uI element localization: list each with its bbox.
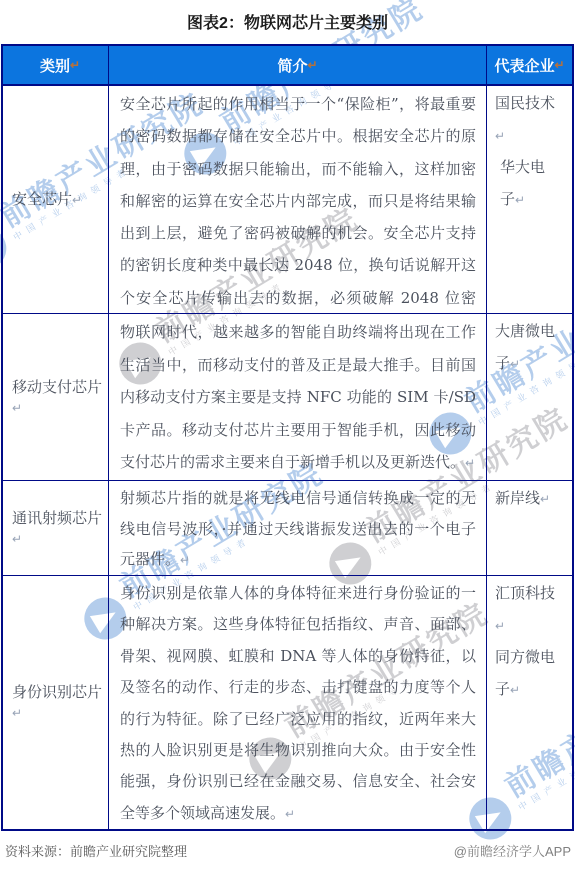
category-cell: 通讯射频芯片↵ <box>3 481 108 575</box>
iot-chip-table: 类别↵ 简介↵ 代表企业↵ 安全芯片↵ 安全芯片所起的作用相当于一个“保险柜”，… <box>1 44 574 831</box>
table-row-security-chip: 安全芯片↵ 安全芯片所起的作用相当于一个“保险柜”，将最重要的密码数据都存储在安… <box>3 85 572 313</box>
table-header-row: 类别↵ 简介↵ 代表企业↵ <box>3 46 572 85</box>
paragraph-mark: ↵ <box>72 193 82 207</box>
description-text: 射频芯片指的就是将无线电信号通信转换成一定的无线电信号波形，·并通过天线谐振发送… <box>120 489 476 568</box>
companies-cell: 新岸线↵ <box>486 481 572 575</box>
paragraph-mark: ↵ <box>515 193 525 207</box>
header-companies: 代表企业↵ <box>486 46 572 84</box>
company-name: 新岸线 <box>495 489 540 507</box>
description-cell: 物联网时代，越来越多的智能自助终端将出现在工作生活当中，而移动支付的普及正是最大… <box>108 314 486 480</box>
company-name: 大唐微电子 <box>495 322 555 372</box>
paragraph-mark: ↵ <box>495 619 505 633</box>
paragraph-mark: ↵ <box>495 129 505 143</box>
category-label: 安全芯片 <box>12 190 72 208</box>
description-text: 身份识别是依靠人体的身体特征来进行身份验证的一种解决方案。这些身体特征包括指纹、… <box>120 584 476 822</box>
description-cell: 射频芯片指的就是将无线电信号通信转换成一定的无线电信号波形，·并通过天线谐振发送… <box>108 481 486 575</box>
paragraph-mark: ↵ <box>307 58 317 72</box>
companies-cell: 国民技术↵ 华大电子↵ <box>486 86 572 313</box>
description-cell: 身份识别是依靠人体的身体特征来进行身份验证的一种解决方案。这些身体特征包括指纹、… <box>108 576 486 829</box>
companies-cell: 汇顶科技↵ 同方微电子↵ <box>486 576 572 829</box>
paragraph-mark: ↵ <box>70 58 80 72</box>
header-description: 简介↵ <box>108 46 486 84</box>
description-cell: 安全芯片所起的作用相当于一个“保险柜”，将最重要的密码数据都存储在安全芯片中。根… <box>108 86 486 313</box>
description-text: 安全芯片所起的作用相当于一个“保险柜”，将最重要的密码数据都存储在安全芯片中。根… <box>120 95 476 313</box>
table-row-mobile-payment-chip: 移动支付芯片↵ 物联网时代，越来越多的智能自助终端将出现在工作生活当中，而移动支… <box>3 313 572 480</box>
header-description-label: 简介 <box>277 55 307 76</box>
paragraph-mark: ↵ <box>12 706 22 720</box>
description-text: 物联网时代，越来越多的智能自助终端将出现在工作生活当中，而移动支付的普及正是最大… <box>120 323 476 471</box>
chart-title: 图表2：物联网芯片主要类别 <box>0 0 575 44</box>
header-companies-label: 代表企业 <box>494 55 554 76</box>
paragraph-mark: ↵ <box>510 683 520 697</box>
paragraph-mark: ↵ <box>540 492 550 506</box>
source-note: 资料来源：前瞻产业研究院整理 <box>5 841 187 860</box>
paragraph-mark: ↵ <box>12 532 22 546</box>
company-name: 同方微电子 <box>495 648 555 698</box>
category-label: 移动支付芯片 <box>12 378 102 396</box>
category-cell: 安全芯片↵ <box>3 86 108 313</box>
companies-cell: 大唐微电子↵ <box>486 314 572 480</box>
paragraph-mark: ↵ <box>554 58 564 72</box>
credit-note: @前瞻经济学人APP <box>454 841 571 860</box>
header-category: 类别↵ <box>3 46 108 84</box>
footer: 资料来源：前瞻产业研究院整理 @前瞻经济学人APP <box>0 841 575 860</box>
table-row-identity-recognition-chip: 身份识别芯片↵ 身份识别是依靠人体的身体特征来进行身份验证的一种解决方案。这些身… <box>3 575 572 829</box>
category-cell: 移动支付芯片↵ <box>3 314 108 480</box>
document-page: 前瞻产业研究院中国产业咨询领导者 前瞻产业研究院中国产业咨询领导者 前瞻产业研究… <box>0 0 575 869</box>
table-row-rf-communication-chip: 通讯射频芯片↵ 射频芯片指的就是将无线电信号通信转换成一定的无线电信号波形，·并… <box>3 480 572 575</box>
category-label: 通讯射频芯片 <box>12 509 102 527</box>
paragraph-mark: ↵ <box>285 807 295 821</box>
header-category-label: 类别 <box>40 55 70 76</box>
category-label: 身份识别芯片 <box>12 683 102 701</box>
company-name: 汇顶科技 <box>495 584 555 602</box>
paragraph-mark: ↵ <box>510 357 520 371</box>
paragraph-mark: ↵ <box>12 401 22 415</box>
paragraph-mark: ↵ <box>180 553 190 567</box>
paragraph-mark: ↵ <box>465 456 475 470</box>
company-name: 国民技术 <box>495 94 555 112</box>
category-cell: 身份识别芯片↵ <box>3 576 108 829</box>
